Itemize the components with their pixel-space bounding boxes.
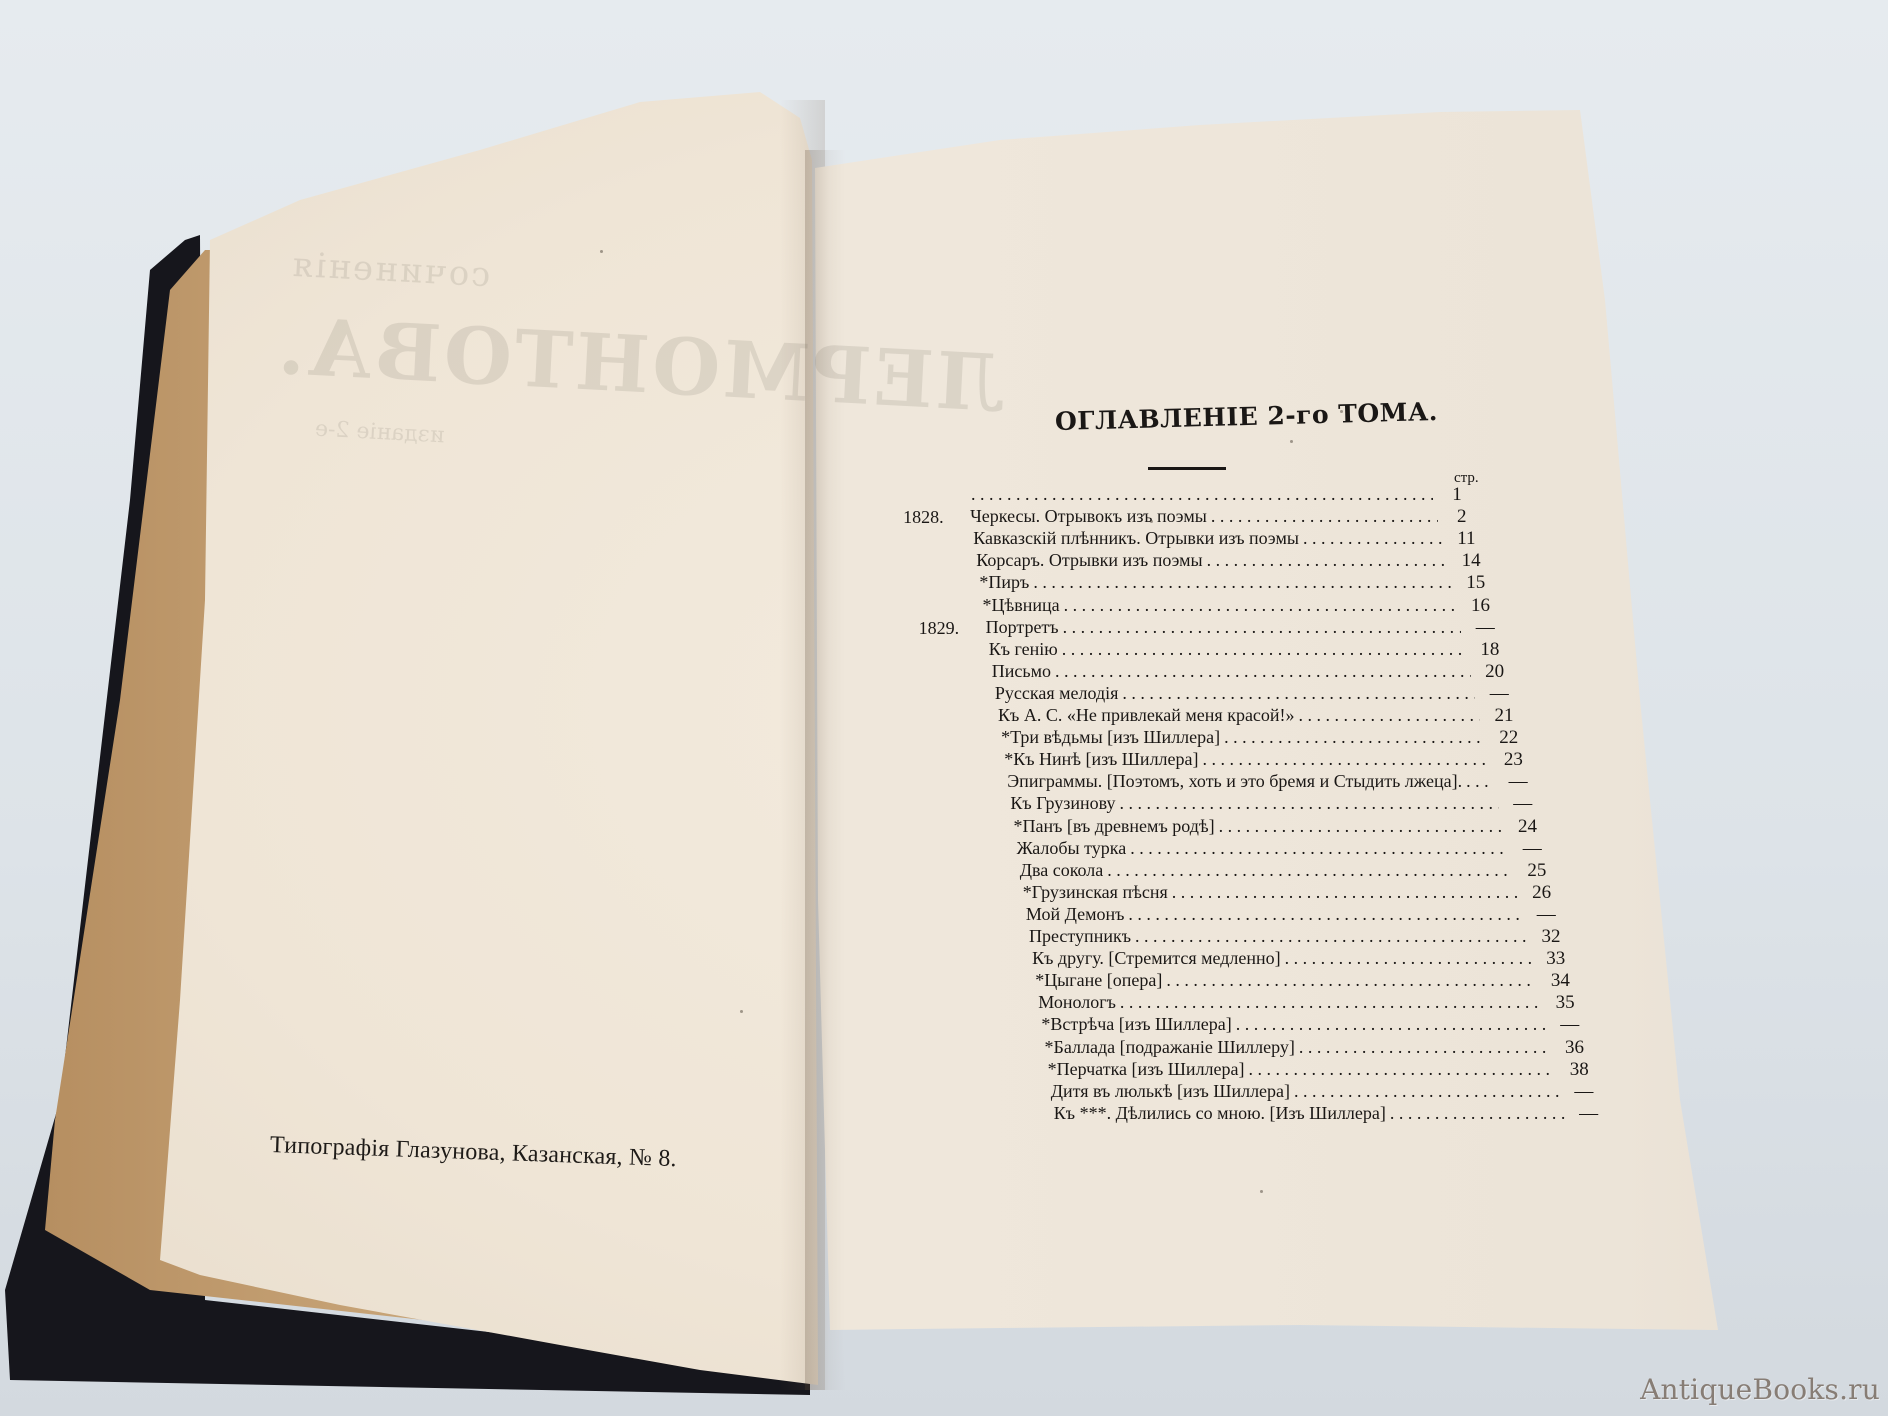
toc-entry: *Къ Нинѣ [изъ Шиллера]23 <box>1004 749 1533 771</box>
toc-entry-title: Корсаръ. Отрывки изъ поэмы <box>976 550 1202 571</box>
toc-leader-dots <box>1166 970 1536 991</box>
toc-entry-page: — <box>1564 1081 1604 1103</box>
toc-entry-page: 2 <box>1442 506 1482 528</box>
toc-entry-title: *Три вѣдьмы [изъ Шиллера] <box>1001 727 1220 748</box>
toc-entry-page: 20 <box>1475 661 1515 683</box>
toc-entry: *Пиръ15 <box>979 572 1495 594</box>
toc-leader-dots <box>1466 771 1494 792</box>
toc-leader-dots <box>1285 948 1532 969</box>
toc-entry: Кавказскій плѣнникъ. Отрывки изъ поэмы11 <box>973 528 1486 550</box>
toc-entry-page: — <box>1526 904 1566 926</box>
toc-entry-title: Преступникъ <box>1029 926 1131 947</box>
toc-entry-page: 16 <box>1461 595 1501 617</box>
toc-entry-title: Къ другу. [Стремится медленно] <box>1032 948 1281 969</box>
toc-entry-page: 24 <box>1508 816 1548 838</box>
toc-leader-dots <box>1033 572 1451 593</box>
toc-entry-title: Къ А. С. «Не привлекай меня красой!» <box>998 705 1295 726</box>
toc-entry-title: Эпиграммы. [Поэтомъ, хоть и это бремя и … <box>1007 771 1462 792</box>
toc-entry-title: *Цѣвница <box>983 595 1060 616</box>
toc-entry-title: *Панъ [въ древнемъ родѣ] <box>1014 816 1215 837</box>
toc-leader-dots <box>1224 727 1485 748</box>
photo-scene: сочиненія ЛЕРМОНТОВА. изданіе 2-е Типогр… <box>0 0 1888 1416</box>
toc-entry: *Грузинская пѣсня26 <box>1023 882 1562 904</box>
toc-entry-page: 35 <box>1545 992 1585 1014</box>
toc-entry-page: — <box>1465 617 1505 639</box>
toc-entry-page: — <box>1550 1014 1590 1036</box>
toc-entry: Черкесы. Отрывокъ изъ поэмы2 <box>970 506 1482 528</box>
toc-entry-page: 18 <box>1470 639 1510 661</box>
toc-entry: Къ другу. [Стремится медленно]33 <box>1032 948 1576 970</box>
toc-entry: Жалобы турка— <box>1017 838 1553 860</box>
toc-year-label: 1828. <box>903 507 944 528</box>
toc-entry-title: Къ ***. Дѣлились со мною. [Изъ Шиллера] <box>1054 1103 1386 1124</box>
toc-entry-title: Мой Демонъ <box>1026 904 1125 925</box>
toc-entry: *Цыгане [опера]34 <box>1035 970 1580 992</box>
toc-entry: Преступникъ32 <box>1029 926 1571 948</box>
toc-entry: Къ А. С. «Не привлекай меня красой!»21 <box>998 705 1524 727</box>
toc-entry-title: *Перчатка [изъ Шиллера] <box>1048 1059 1245 1080</box>
table-of-contents: ОГЛАВЛЕНІЕ 2-го ТОМА. стр. 1Черкесы. Отр… <box>0 0 1888 1416</box>
toc-entry-page: 38 <box>1559 1059 1599 1081</box>
toc-entry-page: 23 <box>1493 749 1533 771</box>
toc-entry-page: 33 <box>1536 948 1576 970</box>
toc-entry-title: Къ генію <box>989 639 1058 660</box>
toc-entry-page: — <box>1569 1103 1609 1125</box>
toc-entry-title: Жалобы турка <box>1017 838 1127 859</box>
toc-entry: 1 <box>967 484 1477 506</box>
toc-leader-dots <box>1211 506 1438 527</box>
toc-entry-page: 22 <box>1489 727 1529 749</box>
toc-entry-page: — <box>1498 771 1538 793</box>
watermark: AntiqueBooks.ru <box>1640 1373 1880 1406</box>
toc-entry: *Встрѣча [изъ Шиллера]— <box>1041 1014 1589 1036</box>
toc-entry-title: Дитя въ люлькѣ [изъ Шиллера] <box>1051 1081 1290 1102</box>
toc-leader-dots <box>1294 1081 1560 1102</box>
toc-leader-dots <box>1130 838 1508 859</box>
toc-entry: Портретъ— <box>986 617 1506 639</box>
toc-entry-title: *Баллада [подражаніе Шиллеру] <box>1045 1037 1295 1058</box>
toc-leader-dots <box>1122 683 1475 704</box>
toc-entry: Эпиграммы. [Поэтомъ, хоть и это бремя и … <box>1007 771 1538 793</box>
toc-entry-title: Два сокола <box>1020 860 1104 881</box>
toc-entry: Два сокола25 <box>1020 860 1557 882</box>
toc-leader-dots <box>1249 1059 1556 1080</box>
toc-entry-title: *Грузинская пѣсня <box>1023 882 1168 903</box>
toc-entry-title: *Пиръ <box>979 572 1029 593</box>
toc-entry-page: 26 <box>1522 882 1562 904</box>
toc-title: ОГЛАВЛЕНІЕ 2-го ТОМА. <box>1055 397 1439 436</box>
toc-entry: Къ генію18 <box>989 639 1510 661</box>
toc-entry: *Баллада [подражаніе Шиллеру]36 <box>1045 1037 1595 1059</box>
toc-entry: Мой Демонъ— <box>1026 904 1566 926</box>
toc-entry-page: 32 <box>1531 926 1571 948</box>
toc-leader-dots <box>1064 595 1457 616</box>
toc-entry-title: Портретъ <box>986 617 1059 638</box>
toc-entry-page: — <box>1503 793 1543 815</box>
toc-entry-title: Письмо <box>992 661 1051 682</box>
toc-entry: Дитя въ люлькѣ [изъ Шиллера]— <box>1051 1081 1604 1103</box>
toc-leader-dots <box>1219 816 1504 837</box>
toc-entry: *Перчатка [изъ Шиллера]38 <box>1048 1059 1600 1081</box>
toc-year-label: 1829. <box>919 618 960 639</box>
toc-leader-dots <box>1055 661 1471 682</box>
toc-entry-page: 21 <box>1484 705 1524 727</box>
toc-entry-page: 1 <box>1437 484 1477 506</box>
toc-leader-dots <box>1207 550 1447 571</box>
toc-leader-dots <box>1062 639 1466 660</box>
toc-entry-title: *Встрѣча [изъ Шиллера] <box>1041 1014 1231 1035</box>
toc-entry-title: Русская мелодія <box>995 683 1119 704</box>
toc-entry: *Цѣвница16 <box>983 595 1501 617</box>
toc-entry-page: — <box>1479 683 1519 705</box>
toc-entry: Русская мелодія— <box>995 683 1519 705</box>
toc-entry-title: Монологъ <box>1038 992 1116 1013</box>
toc-entry-page: — <box>1512 838 1552 860</box>
toc-leader-dots <box>1107 860 1513 881</box>
toc-leader-dots <box>1203 749 1490 770</box>
toc-leader-dots <box>1063 617 1462 638</box>
toc-entry-title: Къ Грузинову <box>1010 793 1115 814</box>
toc-entry: Монологъ35 <box>1038 992 1585 1014</box>
toc-leader-dots <box>1120 992 1541 1013</box>
toc-entry: Письмо20 <box>992 661 1515 683</box>
toc-entry-title: Черкесы. Отрывокъ изъ поэмы <box>970 506 1207 527</box>
toc-leader-dots <box>1390 1103 1565 1124</box>
toc-entry-title: *Къ Нинѣ [изъ Шиллера] <box>1004 749 1198 770</box>
toc-entry-title: Кавказскій плѣнникъ. Отрывки изъ поэмы <box>973 528 1299 549</box>
toc-leader-dots <box>971 484 1433 505</box>
toc-entry: *Панъ [въ древнемъ родѣ]24 <box>1014 816 1548 838</box>
toc-leader-dots <box>1128 904 1522 925</box>
toc-entry-page: 14 <box>1451 550 1491 572</box>
toc-entry-title: *Цыгане [опера] <box>1035 970 1162 991</box>
toc-entry-page: 25 <box>1517 860 1557 882</box>
toc-entry-page: 15 <box>1456 572 1496 594</box>
toc-leader-dots <box>1120 793 1499 814</box>
toc-entry-page: 11 <box>1446 528 1486 550</box>
toc-entry: Къ ***. Дѣлились со мною. [Изъ Шиллера]— <box>1054 1103 1609 1125</box>
toc-leader-dots <box>1299 705 1480 726</box>
toc-entry-page: 36 <box>1555 1037 1595 1059</box>
toc-leader-dots <box>1303 528 1442 549</box>
toc-entry-page: 34 <box>1540 970 1580 992</box>
toc-entry: Корсаръ. Отрывки изъ поэмы14 <box>976 550 1491 572</box>
toc-entry: *Три вѣдьмы [изъ Шиллера]22 <box>1001 727 1529 749</box>
toc-leader-dots <box>1172 882 1518 903</box>
toc-leader-dots <box>1236 1014 1546 1035</box>
toc-leader-dots <box>1135 926 1527 947</box>
toc-divider-rule <box>1148 467 1226 470</box>
toc-leader-dots <box>1299 1037 1551 1058</box>
toc-entry: Къ Грузинову— <box>1010 793 1542 815</box>
